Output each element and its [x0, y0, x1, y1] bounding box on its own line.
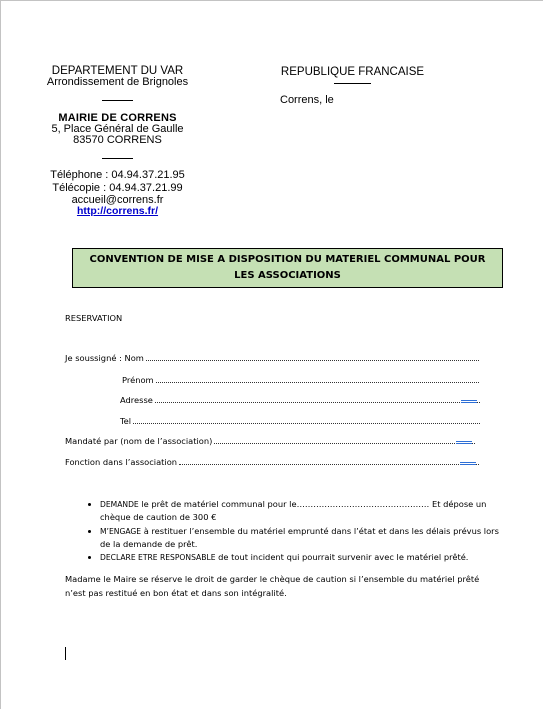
website-link[interactable]: http://correns.fr/: [77, 205, 158, 217]
republic-block: REPUBLIQUE FRANCAISE Correns, le: [280, 66, 425, 106]
pledge-item: M’ENGAGE à restituer l’ensemble du matér…: [100, 525, 500, 552]
pledge-list: DEMANDE le prêt de matériel communal pou…: [84, 498, 500, 564]
pledge-text: à restituer l’ensemble du matériel empru…: [100, 526, 499, 549]
fill-line[interactable]: [179, 457, 459, 465]
separator-line: [102, 158, 133, 159]
field-label: Tel: [120, 416, 131, 426]
deposit-note: Madame le Maire se réserve le droit de g…: [65, 573, 485, 600]
pledge-verb: M’ENGAGE: [100, 527, 141, 536]
phone: Téléphone : 04.94.37.21.95: [20, 169, 215, 182]
pledge-item: DEMANDE le prêt de matériel communal pou…: [100, 498, 500, 525]
fill-line[interactable]: [156, 375, 479, 383]
pledge-verb: DECLARE ETRE RESPONSABLE: [100, 553, 216, 562]
date-line: Correns, le: [280, 94, 425, 106]
fill-line-end: [472, 436, 475, 444]
field-label: Je soussigné : Nom: [65, 353, 144, 363]
fill-line[interactable]: [155, 395, 460, 403]
fill-line[interactable]: [133, 416, 480, 424]
address-line-2: 83570 CORRENS: [20, 135, 215, 146]
field-mandate[interactable]: Mandaté par (nom de l’association): [65, 436, 475, 446]
spellcheck-underline: [456, 436, 472, 444]
fill-line-end: [477, 395, 480, 403]
section-label: RESERVATION: [65, 313, 122, 323]
sender-block: DEPARTEMENT DU VAR Arrondissement de Bri…: [20, 66, 215, 217]
spellcheck-underline: [461, 395, 477, 403]
text-cursor: [65, 647, 66, 660]
document-title: CONVENTION DE MISE A DISPOSITION DU MATE…: [72, 248, 503, 288]
separator-line: [334, 83, 371, 84]
field-prenom[interactable]: Prénom: [122, 375, 479, 385]
pledge-text: le prêt de matériel communal pour le……………: [100, 499, 486, 522]
republic-title: REPUBLIQUE FRANCAISE: [280, 66, 425, 78]
arrondissement: Arrondissement de Brignoles: [20, 77, 215, 88]
fill-line[interactable]: [214, 436, 455, 444]
pledge-text: de tout incident qui pourrait survenir a…: [216, 552, 469, 562]
field-adresse[interactable]: Adresse: [120, 395, 480, 405]
separator-line: [102, 100, 133, 101]
pledge-verb: DEMANDE: [100, 500, 139, 509]
field-nom[interactable]: Je soussigné : Nom: [65, 353, 479, 363]
field-label: Fonction dans l’association: [65, 457, 177, 467]
fill-line-end: [476, 457, 479, 465]
field-label: Prénom: [122, 375, 154, 385]
pledge-item: DECLARE ETRE RESPONSABLE de tout inciden…: [100, 551, 500, 564]
field-label: Mandaté par (nom de l’association): [65, 436, 212, 446]
field-label: Adresse: [120, 395, 153, 405]
spellcheck-underline: [460, 457, 476, 465]
field-fonction[interactable]: Fonction dans l’association: [65, 457, 479, 467]
fill-line[interactable]: [146, 353, 479, 361]
field-tel[interactable]: Tel: [120, 416, 480, 426]
